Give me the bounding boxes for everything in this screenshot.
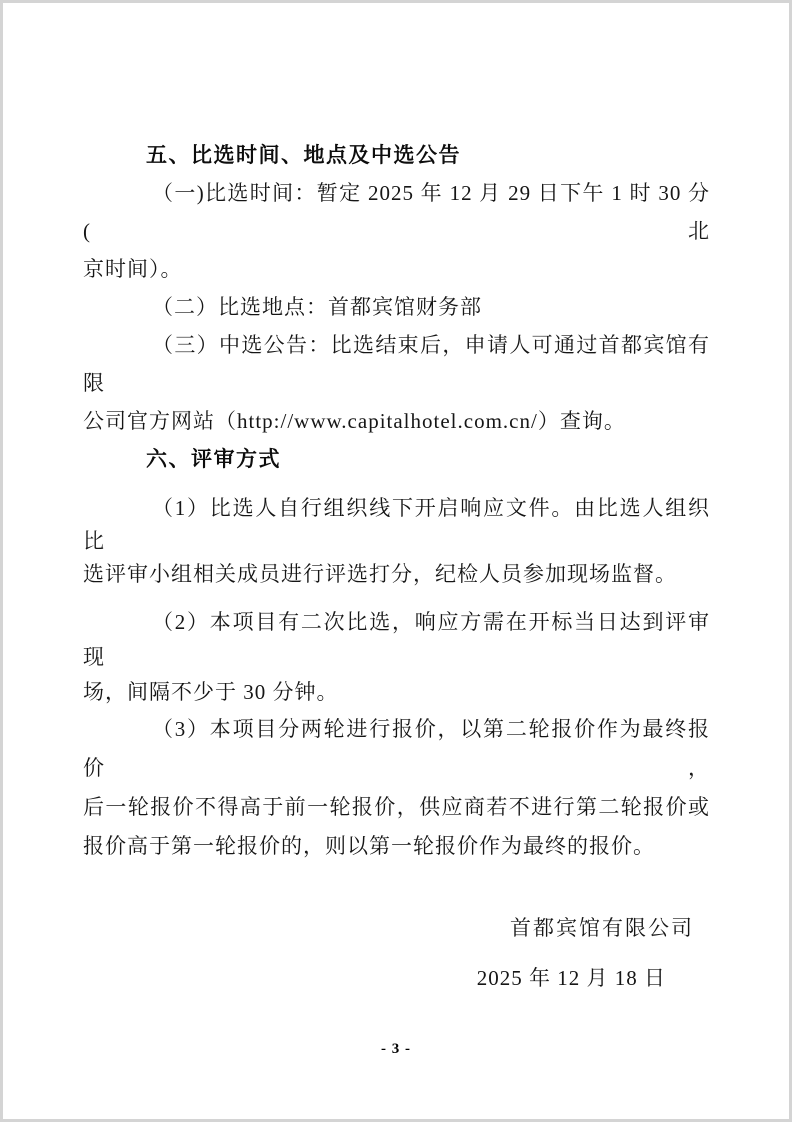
paragraph-line: 选评审小组相关成员进行评选打分，纪检人员参加现场监督。 — [83, 558, 710, 591]
paragraph-review-1: （1）比选人自行组织线下开启响应文件。由比选人组织比 选评审小组相关成员进行评选… — [83, 492, 710, 591]
paragraph-line: （1）比选人自行组织线下开启响应文件。由比选人组织比 — [83, 492, 710, 558]
paragraph-line: （二）比选地点：首都宾馆财务部 — [83, 288, 710, 326]
paragraph-bixuan-time: （一)比选时间：暂定 2025 年 12 月 29 日下午 1 时 30 分(北… — [83, 174, 710, 288]
paragraph-line: 京时间）。 — [83, 250, 710, 288]
paragraph-line: （2）本项目有二次比选，响应方需在开标当日达到评审现 — [83, 605, 710, 675]
document-body: 五、比选时间、地点及中选公告 （一)比选时间：暂定 2025 年 12 月 29… — [83, 136, 710, 997]
paragraph-line: 公司官方网站（http://www.capitalhotel.com.cn/）查… — [83, 402, 710, 440]
paragraph-line: （3）本项目分两轮进行报价，以第二轮报价作为最终报价， — [83, 710, 710, 788]
paragraph-review-2: （2）本项目有二次比选，响应方需在开标当日达到评审现 场，间隔不少于 30 分钟… — [83, 605, 710, 710]
signature-date: 2025 年 12 月 18 日 — [83, 959, 666, 997]
paragraph-line: 场，间隔不少于 30 分钟。 — [83, 675, 710, 710]
paragraph-line: 后一轮报价不得高于前一轮报价，供应商若不进行第二轮报价或 — [83, 788, 710, 827]
paragraph-bixuan-place: （二）比选地点：首都宾馆财务部 — [83, 288, 710, 326]
paragraph-announcement: （三）中选公告：比选结束后，申请人可通过首都宾馆有限 公司官方网站（http:/… — [83, 326, 710, 440]
paragraph-line: 报价高于第一轮报价的，则以第一轮报价作为最终的报价。 — [83, 827, 710, 866]
paragraph-line: （一)比选时间：暂定 2025 年 12 月 29 日下午 1 时 30 分(北 — [83, 174, 710, 250]
paragraph-line: （三）中选公告：比选结束后，申请人可通过首都宾馆有限 — [83, 326, 710, 402]
section-heading-6: 六、评审方式 — [83, 440, 710, 478]
paragraph-review-3: （3）本项目分两轮进行报价，以第二轮报价作为最终报价， 后一轮报价不得高于前一轮… — [83, 710, 710, 866]
document-page: 五、比选时间、地点及中选公告 （一)比选时间：暂定 2025 年 12 月 29… — [3, 3, 789, 1119]
page-number: - 3 - — [3, 1041, 789, 1058]
signature-company: 首都宾馆有限公司 — [83, 909, 694, 947]
signature-block: 首都宾馆有限公司 2025 年 12 月 18 日 — [83, 909, 710, 997]
section-heading-5: 五、比选时间、地点及中选公告 — [83, 136, 710, 174]
